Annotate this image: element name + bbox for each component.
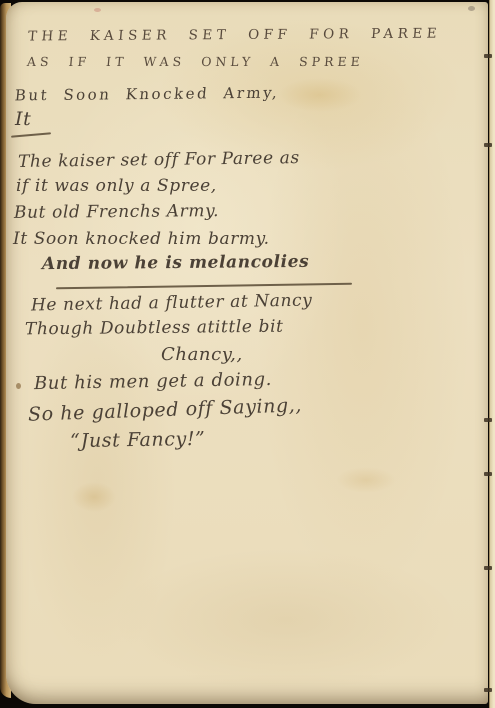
stanza1-line-4: It Soon knocked him barmy. <box>13 230 270 249</box>
poem-title-line-3: But Soon Knocked Army, <box>14 85 280 104</box>
paper-speck <box>94 8 101 12</box>
it-underline <box>11 132 51 137</box>
poem-title-line-4: It <box>15 109 31 130</box>
paper-speck <box>468 6 475 11</box>
section-divider-line <box>56 283 352 289</box>
stanza2-line-2: Though Doubtless atittle bit <box>25 318 284 339</box>
stanza1-line-3: But old Frenchs Army. <box>14 202 219 222</box>
stanza2-line-4: But his men get a doing. <box>34 370 272 394</box>
photo-of-notebook-page: THE KAISER SET OFF FOR PAREE AS IF IT WA… <box>0 0 495 708</box>
stitch-mark <box>484 688 492 692</box>
paper-speck <box>16 383 21 389</box>
stitch-mark <box>484 418 492 422</box>
stanza1-line-2: if it was only a Spree, <box>16 177 217 196</box>
stanza1-line-5: And now he is melancolies <box>42 253 309 274</box>
paper-stain <box>278 78 362 112</box>
poem-title-line-1: THE KAISER SET OFF FOR PAREE <box>27 27 441 45</box>
paper-stain <box>336 467 396 493</box>
stanza1-line-1: The kaiser set off For Paree as <box>18 149 300 172</box>
poem-title-line-2: AS IF IT WAS ONLY A SPREE <box>26 55 364 69</box>
notebook-page: THE KAISER SET OFF FOR PAREE AS IF IT WA… <box>6 2 488 704</box>
next-page-edge <box>489 0 495 708</box>
stanza2-line-6: “Just Fancy!” <box>70 429 206 452</box>
stitch-mark <box>484 54 492 58</box>
stanza2-line-3: Chancy,, <box>161 345 243 365</box>
stanza2-line-1: He next had a flutter at Nancy <box>31 292 313 316</box>
paper-stain <box>72 482 116 512</box>
stitch-mark <box>484 143 492 147</box>
stitch-mark <box>484 566 492 570</box>
stitch-mark <box>484 472 492 476</box>
stanza2-line-5: So he galloped off Saying,, <box>28 395 303 425</box>
